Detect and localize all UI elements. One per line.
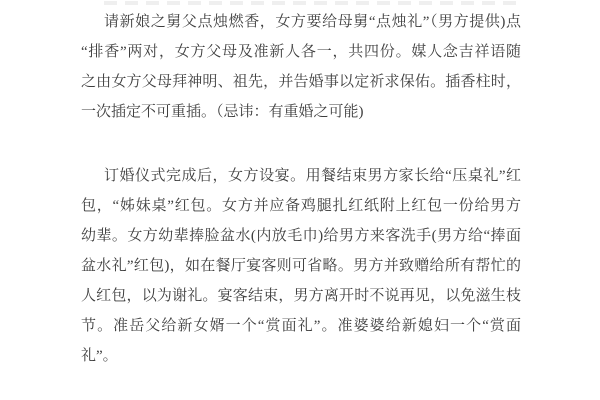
paragraph-2-line-3: 幼辈。女方幼辈捧脸盆水(内放毛巾)给男方来客洗手(男方给“捧面 xyxy=(81,221,521,251)
document-page: 请新娘之舅父点烛燃香，女方要给母舅“点烛礼”（男方提供)点 “排香”两对，女方父… xyxy=(0,0,600,400)
paragraph-2-line-6: 节。准岳父给新女婿一个“赏面礼”。准婆婆给新媳妇一个“赏面 xyxy=(81,311,521,341)
paragraph-2-line-2: 包，“姊妹桌”红包。女方并应备鸡腿扎红纸附上红包一份给男方 xyxy=(81,191,521,221)
paragraph-1-line-4: 一次插定不可重插。（忌讳：有重婚之可能) xyxy=(81,97,521,127)
cropped-text-remnant xyxy=(104,1,516,5)
paragraph-2-line-5: 人红包，以为谢礼。宴客结束，男方离开时不说再见，以免滋生枝 xyxy=(81,281,521,311)
paragraph-2-line-7: 礼”。 xyxy=(81,341,521,371)
paragraph-1-line-3: 之由女方父母拜神明、祖先，并告婚事以定祈求保佑。插香柱时， xyxy=(81,67,521,97)
paragraph-gap xyxy=(81,127,521,161)
paragraph-2-line-4: 盆水礼”红包)，如在餐厅宴客则可省略。男方并致赠给所有帮忙的 xyxy=(81,251,521,281)
paragraph-1-line-1: 请新娘之舅父点烛燃香，女方要给母舅“点烛礼”（男方提供)点 xyxy=(81,7,521,37)
paragraph-2-line-1: 订婚仪式完成后，女方设宴。用餐结束男方家长给“压桌礼”红 xyxy=(81,161,521,191)
text-block: 请新娘之舅父点烛燃香，女方要给母舅“点烛礼”（男方提供)点 “排香”两对，女方父… xyxy=(81,7,521,371)
paragraph-1-line-2: “排香”两对，女方父母及准新人各一，共四份。媒人念吉祥语随 xyxy=(81,37,521,67)
